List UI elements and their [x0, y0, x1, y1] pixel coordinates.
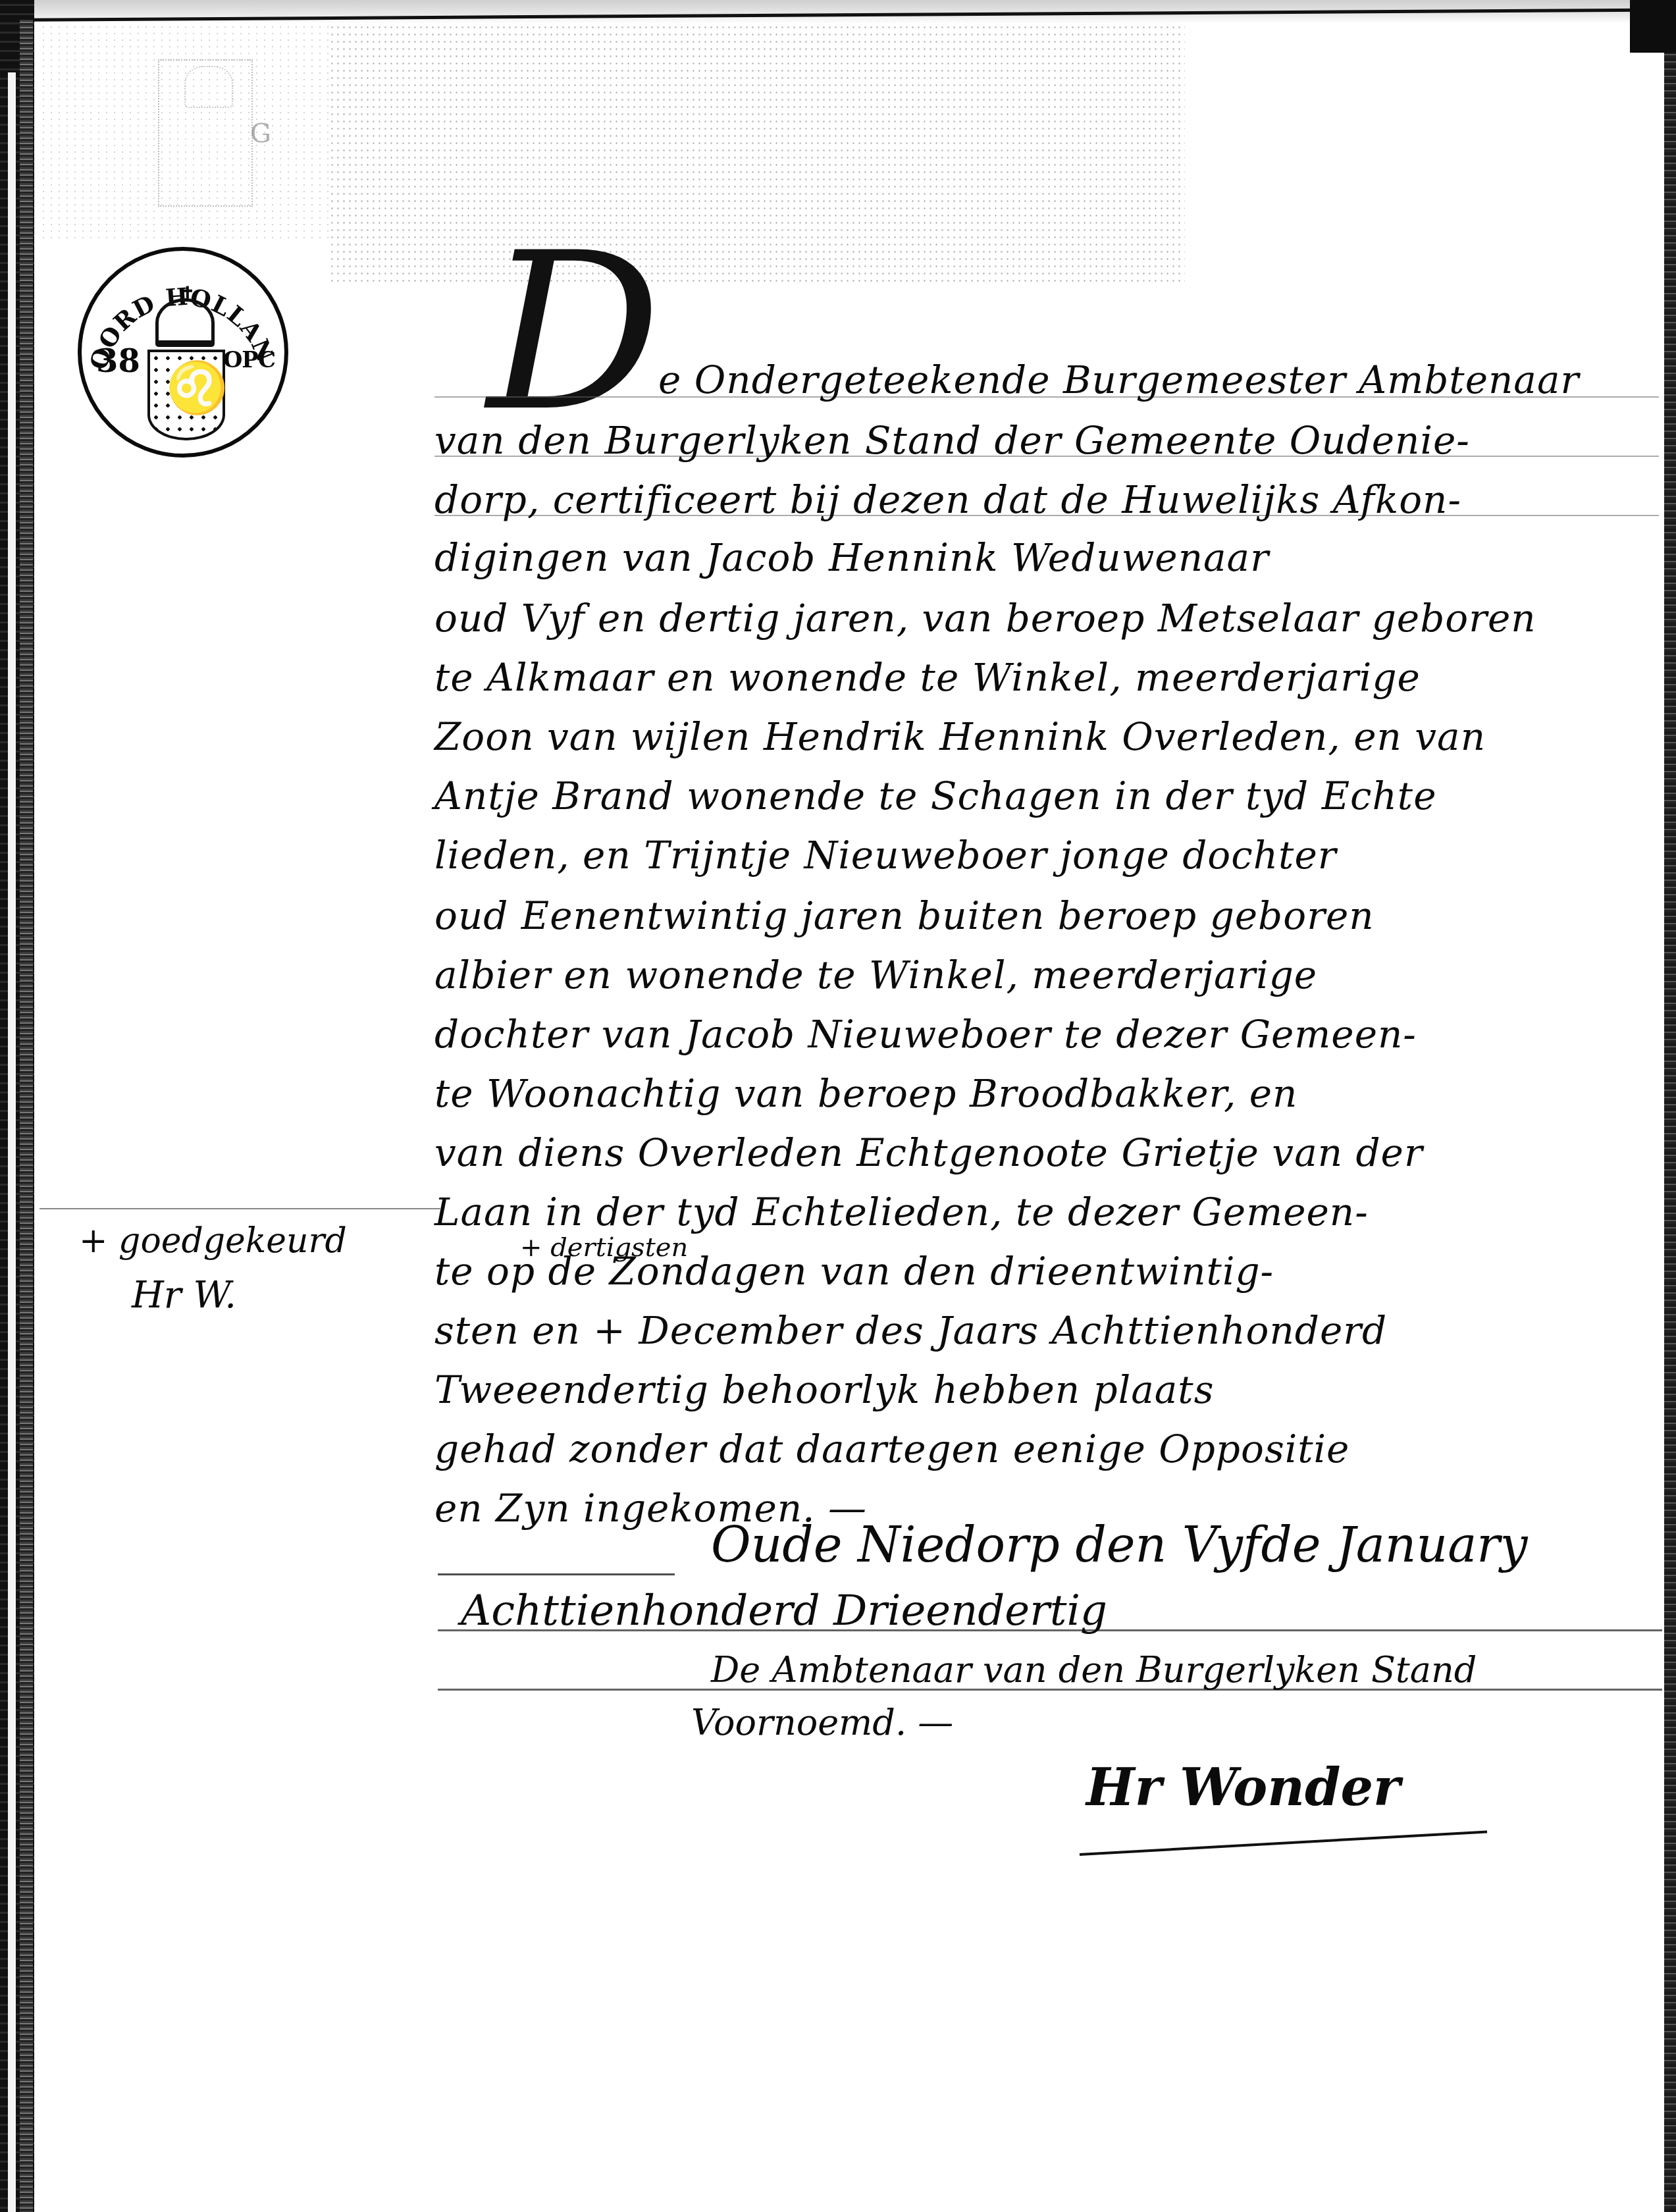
- scan-left-edge-highlight: [8, 72, 16, 2212]
- closing-place-date: Oude Niedorp den Vyfde January: [711, 1521, 1527, 1569]
- official-title: De Ambtenaar van den Burgerlyken Stand: [711, 1652, 1477, 1688]
- body-line-10: oud Eenentwintig jaren buiten beroep geb…: [434, 897, 1659, 935]
- body-line-12: dochter van Jacob Nieuweboer te dezer Ge…: [434, 1015, 1659, 1053]
- stamp-value: 38: [96, 343, 140, 380]
- body-line-15: Laan in der tyd Echtelieden, te dezer Ge…: [434, 1193, 1659, 1231]
- margin-initials: Hr W.: [132, 1274, 236, 1317]
- body-line-4: digingen van Jacob Hennink Weduwenaar: [434, 539, 1659, 577]
- body-line-8: Antje Brand wonende te Schagen in der ty…: [434, 777, 1659, 815]
- body-line-14: van diens Overleden Echtgenoote Grietje …: [434, 1134, 1659, 1172]
- signature-flourish-line: [1080, 1830, 1487, 1856]
- body-line-1: e Ondergeteekende Burgemeester Ambtenaar: [658, 361, 1659, 399]
- body-line-7: Zoon van wijlen Hendrik Hennink Overlede…: [434, 718, 1659, 756]
- signature: Hr Wonder: [1086, 1758, 1400, 1818]
- body-line-9: lieden, en Trijntje Nieuweboer jonge doc…: [434, 836, 1659, 874]
- body-line-17: sten en + December des Jaars Achttienhon…: [434, 1311, 1659, 1350]
- scan-right-edge: [1664, 0, 1676, 2212]
- body-line-5: oud Vyf en dertig jaren, van beroep Mets…: [434, 599, 1659, 637]
- faint-stamp-crown-icon: [184, 66, 233, 108]
- body-line-11: albier en wonende te Winkel, meerderjari…: [434, 956, 1659, 994]
- interlinear-insertion: + dertigsten: [520, 1232, 688, 1263]
- stamp-denomination: OPC: [223, 347, 275, 373]
- closing-dash: [438, 1573, 675, 1575]
- tax-stamp: NOORD HOLLAND. ✝ ♌ 38 OPC: [78, 247, 288, 458]
- crown-icon: [155, 298, 215, 347]
- scan-noise: [329, 24, 1185, 287]
- official-title-cont: Voornoemd. —: [691, 1705, 953, 1741]
- margin-approval-note: + goedgekeurd: [79, 1221, 347, 1261]
- decorative-initial-d: D: [487, 224, 662, 441]
- scan-left-binding: [20, 20, 33, 2212]
- lion-icon: ♌: [166, 363, 228, 413]
- body-line-3: dorp, certificeert bij dezen dat de Huwe…: [434, 481, 1659, 519]
- body-line-2: van den Burgerlyken Stand der Gemeente O…: [434, 421, 1659, 460]
- body-line-6: te Alkmaar en wonende te Winkel, meerder…: [434, 658, 1659, 697]
- body-line-13: te Woonachtig van beroep Broodbakker, en: [434, 1074, 1659, 1113]
- closing-year: Achttienhonderd Drieendertig: [461, 1590, 1107, 1632]
- body-line-18: Tweeendertig behoorlyk hebben plaats: [434, 1371, 1659, 1409]
- faint-stamp-mark: G: [250, 118, 271, 149]
- body-line-19: gehad zonder dat daartegen eenige Opposi…: [434, 1430, 1659, 1468]
- margin-divider: [39, 1208, 441, 1209]
- scan-corner: [1630, 0, 1676, 53]
